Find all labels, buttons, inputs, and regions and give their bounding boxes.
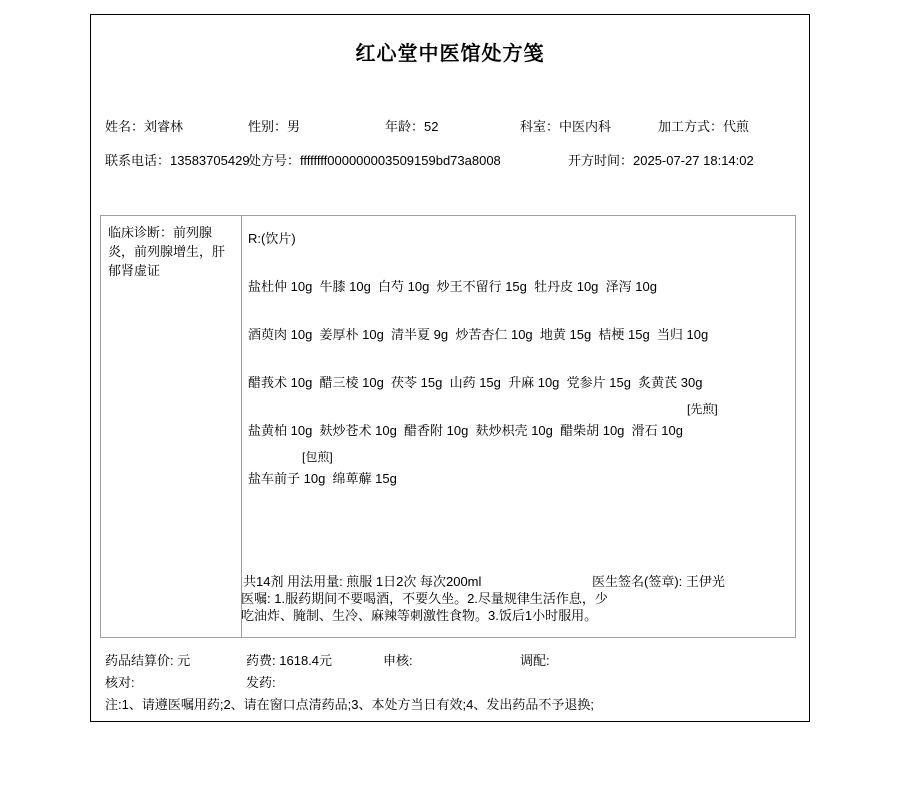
prescription-time-value: 2025-07-27 18:14:02 [633,153,754,168]
medicine-fee-value: 1618.4元 [279,653,332,668]
patient-processing-value: 代煎 [723,119,749,134]
column-divider [241,216,242,637]
patient-department-field: 科室：中医内科 [520,116,611,135]
herb-line-3: 醋莪术 10g 醋三棱 10g 茯苓 15g 山药 15g 升麻 10g 党参片… [248,372,702,391]
prescription-time-label: 开方时间： [568,153,633,168]
patient-department-label: 科室： [520,119,559,134]
patient-phone-value: 13583705429 [170,153,250,168]
decoct-first-annotation: [先煎] [687,400,718,417]
dispense-field: 调配: [520,650,550,669]
herb-line-4: 盐黄柏 10g 麸炒苍术 10g 醋香附 10g 麸炒枳壳 10g 醋柴胡 10… [248,420,683,439]
page-title: 红心堂中医馆处方笺 [91,37,809,66]
medicine-fee-field: 药费: 1618.4元 [246,650,332,669]
patient-age-label: 年龄： [385,119,424,134]
footnote: 注:1、请遵医嘱用药;2、请在窗口点清药品;3、本处方当日有效;4、发出药品不予… [105,694,594,713]
prescription-number-value: ffffffff000000003509159bd73a8008 [300,153,501,168]
settlement-price-label: 药品结算价: [105,653,174,668]
medical-advice-line-2: 吃油炸、腌制、生冷、麻辣等刺激性食物。3.饭后1小时服用。 [241,605,597,624]
prescription-sheet: 红心堂中医馆处方笺 姓名：刘睿林 性别：男 年龄：52 科室：中医内科 加工方式… [90,14,810,722]
prescription-time-field: 开方时间：2025-07-27 18:14:02 [568,150,754,169]
patient-phone-field: 联系电话：13583705429 [105,150,250,169]
herb-line-5: 盐车前子 10g 绵萆薢 15g [248,468,397,487]
herb-line-1: 盐杜仲 10g 牛膝 10g 白芍 10g 炒王不留行 15g 牡丹皮 10g … [248,276,657,295]
patient-gender-value: 男 [287,119,300,134]
check-field: 核对: [105,672,135,691]
settlement-price-value: 元 [177,653,190,668]
patient-processing-label: 加工方式： [658,119,723,134]
patient-phone-label: 联系电话： [105,153,170,168]
patient-department-value: 中医内科 [559,119,611,134]
patient-gender-label: 性别： [248,119,287,134]
settlement-price-field: 药品结算价: 元 [105,650,190,669]
bag-decoct-annotation: [包煎] [302,448,333,465]
doctor-signature-label: 医生签名(签章): [592,574,686,589]
patient-processing-field: 加工方式：代煎 [658,116,749,135]
issue-field: 发药: [246,672,276,691]
clinical-diagnosis: 临床诊断：前列腺炎，前列腺增生，肝郁肾虚证 [108,223,235,280]
patient-name-label: 姓名： [105,119,144,134]
patient-age-field: 年龄：52 [385,116,438,135]
prescription-body: 临床诊断：前列腺炎，前列腺增生，肝郁肾虚证 R:(饮片) 盐杜仲 10g 牛膝 … [100,215,796,638]
medicine-fee-label: 药费: [246,653,276,668]
doctor-signature: 医生签名(签章): 王伊光 [592,571,725,590]
herb-line-2: 酒萸肉 10g 姜厚朴 10g 清半夏 9g 炒苦杏仁 10g 地黄 15g 桔… [248,324,708,343]
patient-age-value: 52 [424,119,438,134]
prescription-number-field: 处方号：ffffffff000000003509159bd73a8008 [248,150,501,169]
rx-header: R:(饮片) [248,228,296,247]
review-field: 申核: [383,650,413,669]
patient-name-field: 姓名：刘睿林 [105,116,183,135]
patient-gender-field: 性别：男 [248,116,300,135]
doctor-signature-name: 王伊光 [686,574,725,589]
prescription-number-label: 处方号： [248,153,300,168]
patient-name-value: 刘睿林 [144,119,183,134]
